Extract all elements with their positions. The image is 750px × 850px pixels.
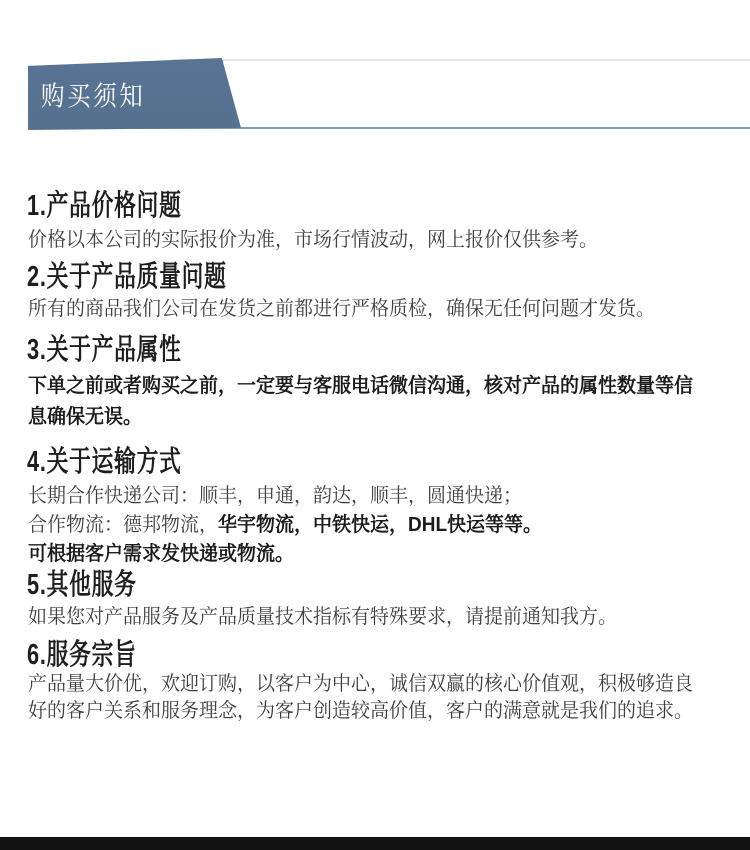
text-segment: 所有的商品我们公司在发货之前都进行严格质检，确保无任何问题才发货。: [28, 298, 655, 320]
section-3-body-line-1: 下单之前或者购买之前，一定要与客服电话微信沟通，核对产品的属性数量等信: [28, 374, 693, 398]
section-2-body-line-1: 所有的商品我们公司在发货之前都进行严格质检，确保无任何问题才发货。: [28, 297, 655, 321]
text-segment: 好的客户关系和服务理念，为客户创造较高价值，客户的满意就是我们的追求。: [28, 700, 693, 722]
section-1-body-line-1: 价格以本公司的实际报价为准，市场行情波动，网上报价仅供参考。: [28, 228, 598, 252]
text-segment: 长期合作快递公司：顺丰，申通，韵达，顺丰，圆通快递；: [28, 485, 522, 507]
section-4-body-line-2: 合作物流：德邦物流，华宇物流，中铁快运，DHL快运等等。: [28, 513, 542, 537]
text-segment: 可根据客户需求发快递或物流。: [28, 543, 294, 565]
section-6-body-line-1: 产品量大价优，欢迎订购，以客户为中心，诚信双赢的核心价值观，积极够造良: [28, 672, 693, 696]
text-segment: 价格以本公司的实际报价为准，市场行情波动，网上报价仅供参考。: [28, 229, 598, 251]
ribbon-title: 购买须知: [41, 75, 145, 114]
section-heading-6: 6.服务宗旨: [27, 639, 137, 671]
section-heading-1: 1.产品价格问题: [27, 190, 182, 222]
section-5-body-line-1: 如果您对产品服务及产品质量技术指标有特殊要求，请提前通知我方。: [28, 605, 617, 629]
section-3-body-line-2: 息确保无误。: [28, 405, 142, 429]
text-segment: 产品量大价优，欢迎订购，以客户为中心，诚信双赢的核心价值观，积极够造良: [28, 673, 693, 695]
section-heading-2: 2.关于产品质量问题: [27, 261, 227, 293]
section-6-body-line-2: 好的客户关系和服务理念，为客户创造较高价值，客户的满意就是我们的追求。: [28, 699, 693, 723]
section-heading-4: 4.关于运输方式: [27, 446, 182, 478]
text-segment: 合作物流：德邦物流，: [28, 514, 218, 536]
section-4-body-line-1: 长期合作快递公司：顺丰，申通，韵达，顺丰，圆通快递；: [28, 484, 522, 508]
text-segment: 息确保无误。: [28, 406, 142, 428]
text-segment: 如果您对产品服务及产品质量技术指标有特殊要求，请提前通知我方。: [28, 606, 617, 628]
section-heading-5: 5.其他服务: [27, 569, 137, 601]
text-segment: 华宇物流，中铁快运，DHL快运等等。: [218, 514, 542, 536]
bottom-edge-bar: [0, 837, 750, 850]
section-4-body-line-3: 可根据客户需求发快递或物流。: [28, 542, 294, 566]
text-segment: 下单之前或者购买之前，一定要与客服电话微信沟通，核对产品的属性数量等信: [28, 375, 693, 397]
purchase-notice-page: 购买须知 1.产品价格问题价格以本公司的实际报价为准，市场行情波动，网上报价仅供…: [0, 0, 750, 850]
section-heading-3: 3.关于产品属性: [27, 334, 182, 366]
purchase-notice-ribbon: 购买须知: [28, 58, 241, 130]
